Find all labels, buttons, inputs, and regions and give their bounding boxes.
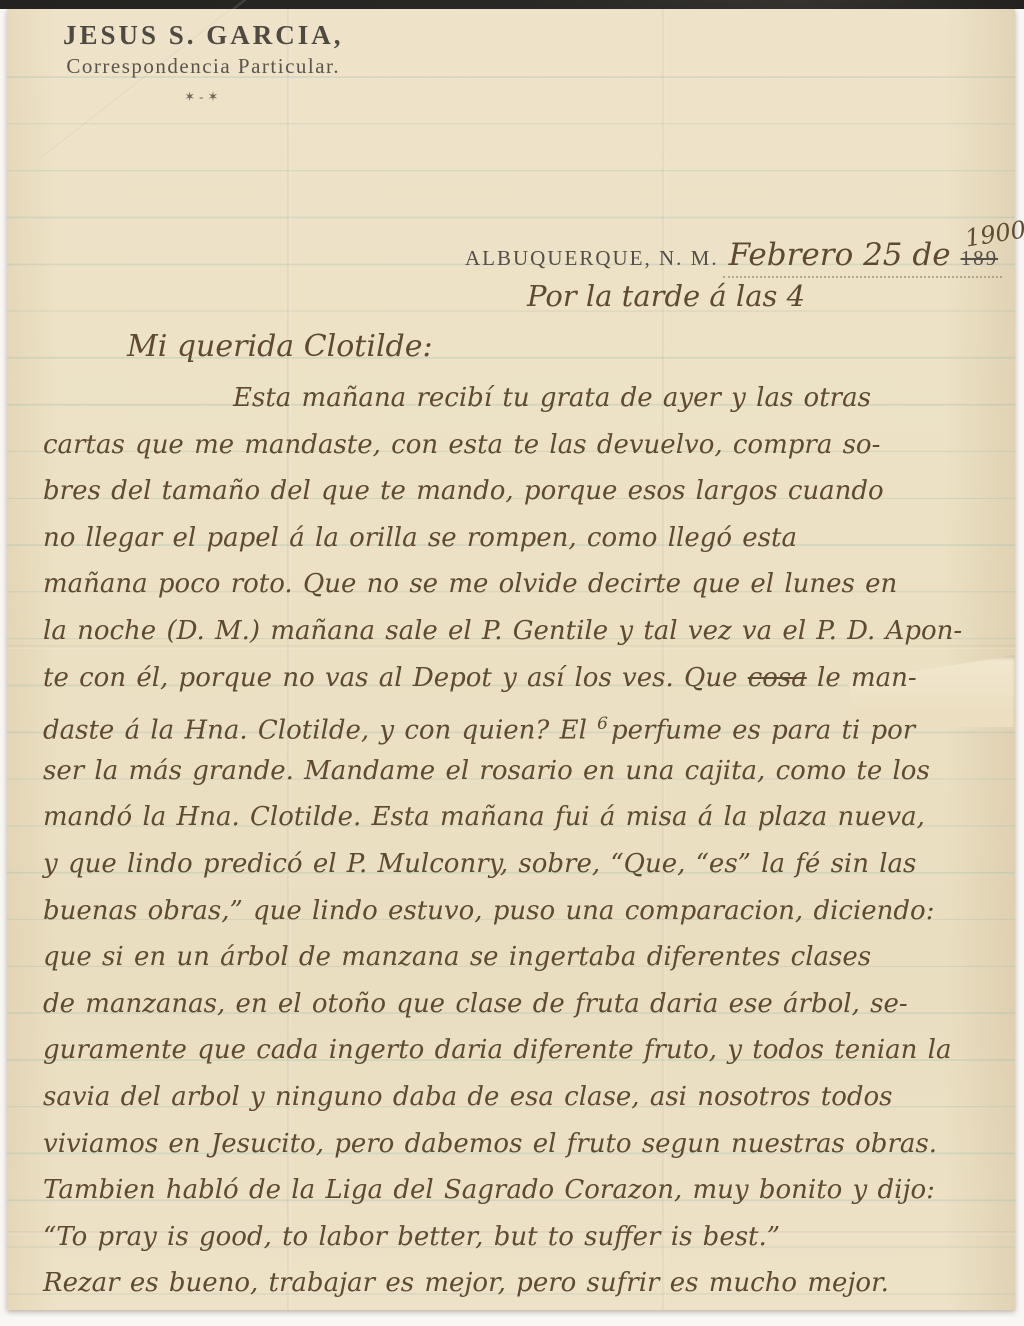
letter-line: daste á la Hna. Clotilde, y con quien? E… <box>43 701 1009 748</box>
dateline: ALBUQUERQUE, N. M.Febrero 25 de1900189 <box>465 237 1002 278</box>
line-text: daste á la Hna. Clotilde, y con quien? E… <box>43 716 597 746</box>
letter-page: JESUS S. GARCIA, Correspondencia Particu… <box>7 9 1015 1310</box>
superscript-correction: 6 <box>597 714 608 734</box>
letter-line: buenas obras,” que lindo estuvo, puso un… <box>43 888 1009 935</box>
line-text: que si en un árbol de manzana se ingerta… <box>43 942 871 972</box>
line-text: buenas obras,” que lindo estuvo, puso un… <box>43 896 934 926</box>
letterhead: JESUS S. GARCIA, Correspondencia Particu… <box>63 20 344 105</box>
line-text: Tambien habló de la Liga del Sagrado Cor… <box>43 1175 935 1205</box>
line-text: bres del tamaño del que te mando, porque… <box>43 476 884 506</box>
letter-line: mandó la Hna. Clotilde. Esta mañana fui … <box>43 794 1009 841</box>
letter-line: guramente que cada ingerto daria diferen… <box>43 1027 1009 1074</box>
letterhead-ornament: ✶-✶ <box>63 89 344 105</box>
letter-line: viviamos en Jesucito, pero dabemos el fr… <box>43 1121 1009 1168</box>
letterhead-name: JESUS S. GARCIA, <box>63 20 344 51</box>
line-text: te con él, porque no vas al Depot y así … <box>43 663 748 693</box>
line-text: Rezar es bueno, trabajar es mejor, pero … <box>43 1268 889 1298</box>
line-text: Esta mañana recibí tu grata de ayer y la… <box>233 383 871 413</box>
letter-line: ser la más grande. Mandame el rosario en… <box>43 748 1009 795</box>
letter-line: bres del tamaño del que te mando, porque… <box>43 468 1009 515</box>
date-underline: Febrero 25 de1900189 <box>723 237 1003 278</box>
letter-line: Esta mañana recibí tu grata de ayer y la… <box>43 375 1009 422</box>
letter-line: Rezar es bueno, trabajar es mejor, pero … <box>43 1260 1009 1307</box>
letter-line: “To pray is good, to labor better, but t… <box>43 1214 1009 1261</box>
line-text: ser la más grande. Mandame el rosario en… <box>43 756 930 786</box>
date-handwritten: Febrero 25 de <box>729 237 951 273</box>
line-text: la noche (D. M.) mañana sale el P. Genti… <box>43 616 962 646</box>
letter-line: y que lindo predicó el P. Mulconry, sobr… <box>43 841 1009 888</box>
year-correction: 1900189 <box>961 246 999 271</box>
line-text: perfume es para ti por <box>611 716 915 746</box>
year-handwritten: 1900 <box>963 215 1024 252</box>
line-text: “To pray is good, to labor better, but t… <box>43 1222 780 1252</box>
letter-body: Esta mañana recibí tu grata de ayer y la… <box>43 375 1009 1307</box>
letter-line: de manzanas, en el otoño que clase de fr… <box>43 981 1009 1028</box>
letter-line: mañana poco roto. Que no se me olvide de… <box>43 561 1009 608</box>
letter-line: que si en un árbol de manzana se ingerta… <box>43 934 1009 981</box>
place-printed: ALBUQUERQUE, N. M. <box>465 246 719 270</box>
line-text: y que lindo predicó el P. Mulconry, sobr… <box>43 849 916 879</box>
line-text: viviamos en Jesucito, pero dabemos el fr… <box>43 1129 937 1159</box>
line-text: le man- <box>807 663 917 693</box>
letter-line: cartas que me mandaste, con esta te las … <box>43 422 1009 469</box>
letter-line: la noche (D. M.) mañana sale el P. Genti… <box>43 608 1009 655</box>
struck-word: cosa <box>748 663 807 693</box>
photo-edge-top <box>0 0 1024 9</box>
letter-line: savia del arbol y ninguno daba de esa cl… <box>43 1074 1009 1121</box>
line-text: mañana poco roto. Que no se me olvide de… <box>43 569 897 599</box>
line-text: de manzanas, en el otoño que clase de fr… <box>43 989 908 1019</box>
line-text: cartas que me mandaste, con esta te las … <box>43 430 880 460</box>
line-text: savia del arbol y ninguno daba de esa cl… <box>43 1082 893 1112</box>
letterhead-subtitle: Correspondencia Particular. <box>63 54 344 79</box>
line-text: no llegar el papel á la orilla se rompen… <box>43 523 797 553</box>
line-text: mandó la Hna. Clotilde. Esta mañana fui … <box>43 802 925 832</box>
line-text: guramente que cada ingerto daria diferen… <box>43 1035 952 1065</box>
letter-line: no llegar el papel á la orilla se rompen… <box>43 515 1009 562</box>
salutation: Mi querida Clotilde: <box>127 329 433 364</box>
letter-line: te con él, porque no vas al Depot y así … <box>43 655 1009 702</box>
letter-line: Tambien habló de la Liga del Sagrado Cor… <box>43 1167 1009 1214</box>
time-note: Por la tarde á las 4 <box>527 279 805 313</box>
